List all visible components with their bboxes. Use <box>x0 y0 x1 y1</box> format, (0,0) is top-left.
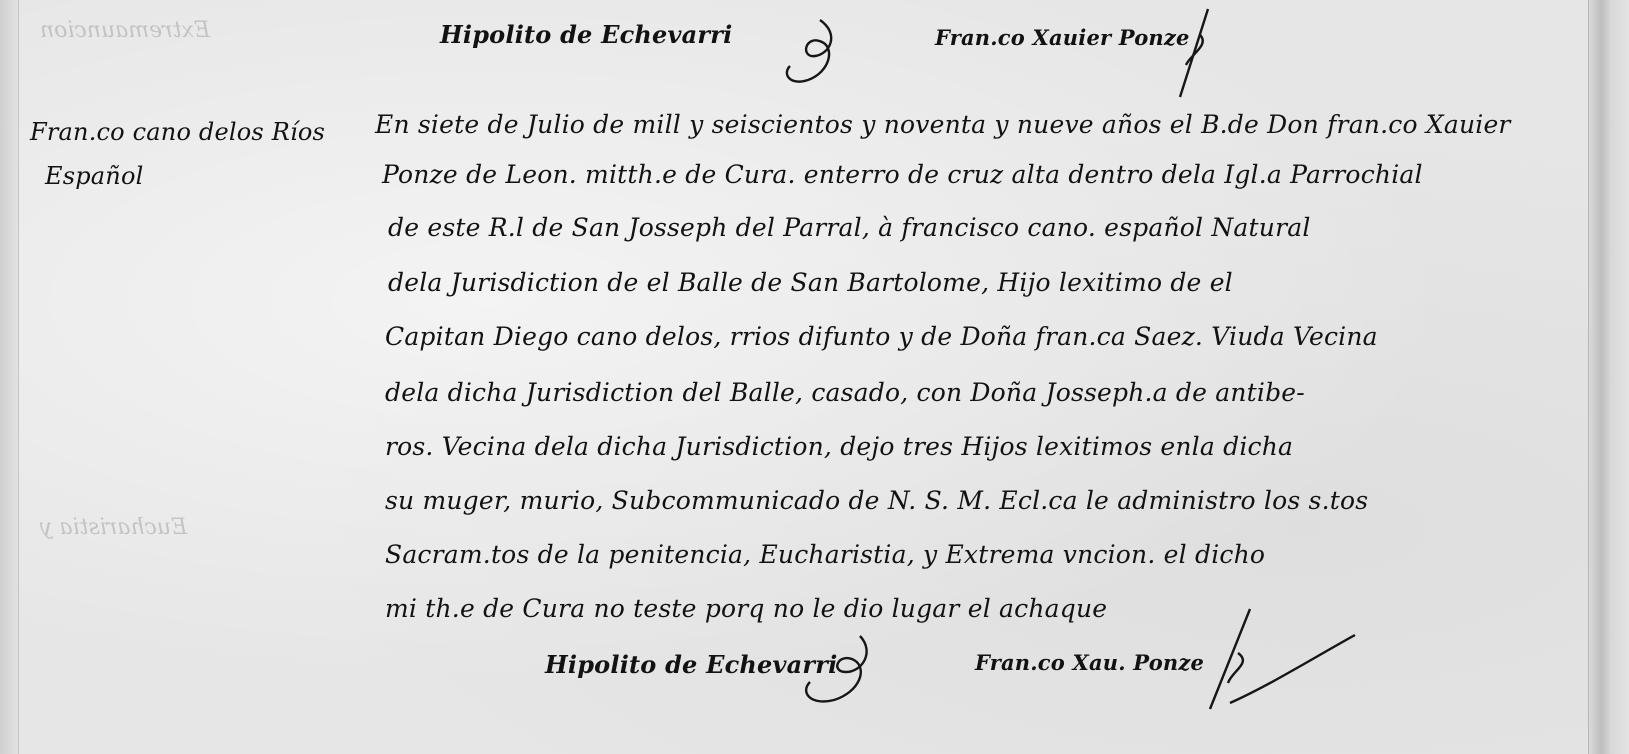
body-line-10: mi th.e de Cura no teste porq no le dio … <box>385 594 1107 623</box>
body-line-1: En siete de Julio de mill y seiscientos … <box>375 110 1511 139</box>
bleed-through-text: Extremauncion <box>40 18 210 43</box>
body-line-8: su muger, murio, Subcommunicado de N. S.… <box>385 486 1368 515</box>
body-line-6: dela dicha Jurisdiction del Balle, casad… <box>385 378 1305 407</box>
rubric-flourish-icon <box>780 630 890 710</box>
bottom-signature-right: Fran.co Xau. Ponze <box>975 650 1204 675</box>
manuscript-page: Extremauncion Eucharistia y Hipolito de … <box>0 0 1629 754</box>
page-binding-fold <box>1588 0 1629 754</box>
bleed-through-text: Eucharistia y <box>40 515 187 540</box>
rubric-flourish-icon <box>1150 5 1230 105</box>
body-line-4: dela Jurisdiction de el Balle de San Bar… <box>388 268 1233 297</box>
rubric-flourish-icon <box>760 14 860 94</box>
top-signature-left: Hipolito de Echevarri <box>440 20 732 49</box>
margin-note-nationality: Español <box>45 162 144 190</box>
margin-note-name: Fran.co cano delos Ríos <box>30 118 325 146</box>
page-left-edge <box>0 0 19 754</box>
body-line-3: de este R.l de San Josseph del Parral, à… <box>388 213 1311 242</box>
body-line-9: Sacram.tos de la penitencia, Eucharistia… <box>385 540 1265 569</box>
body-line-7: ros. Vecina dela dicha Jurisdiction, dej… <box>385 432 1293 461</box>
rubric-flourish-icon <box>1190 605 1360 715</box>
body-line-2: Ponze de Leon. mitth.e de Cura. enterro … <box>382 160 1423 189</box>
body-line-5: Capitan Diego cano delos, rrios difunto … <box>385 322 1378 351</box>
